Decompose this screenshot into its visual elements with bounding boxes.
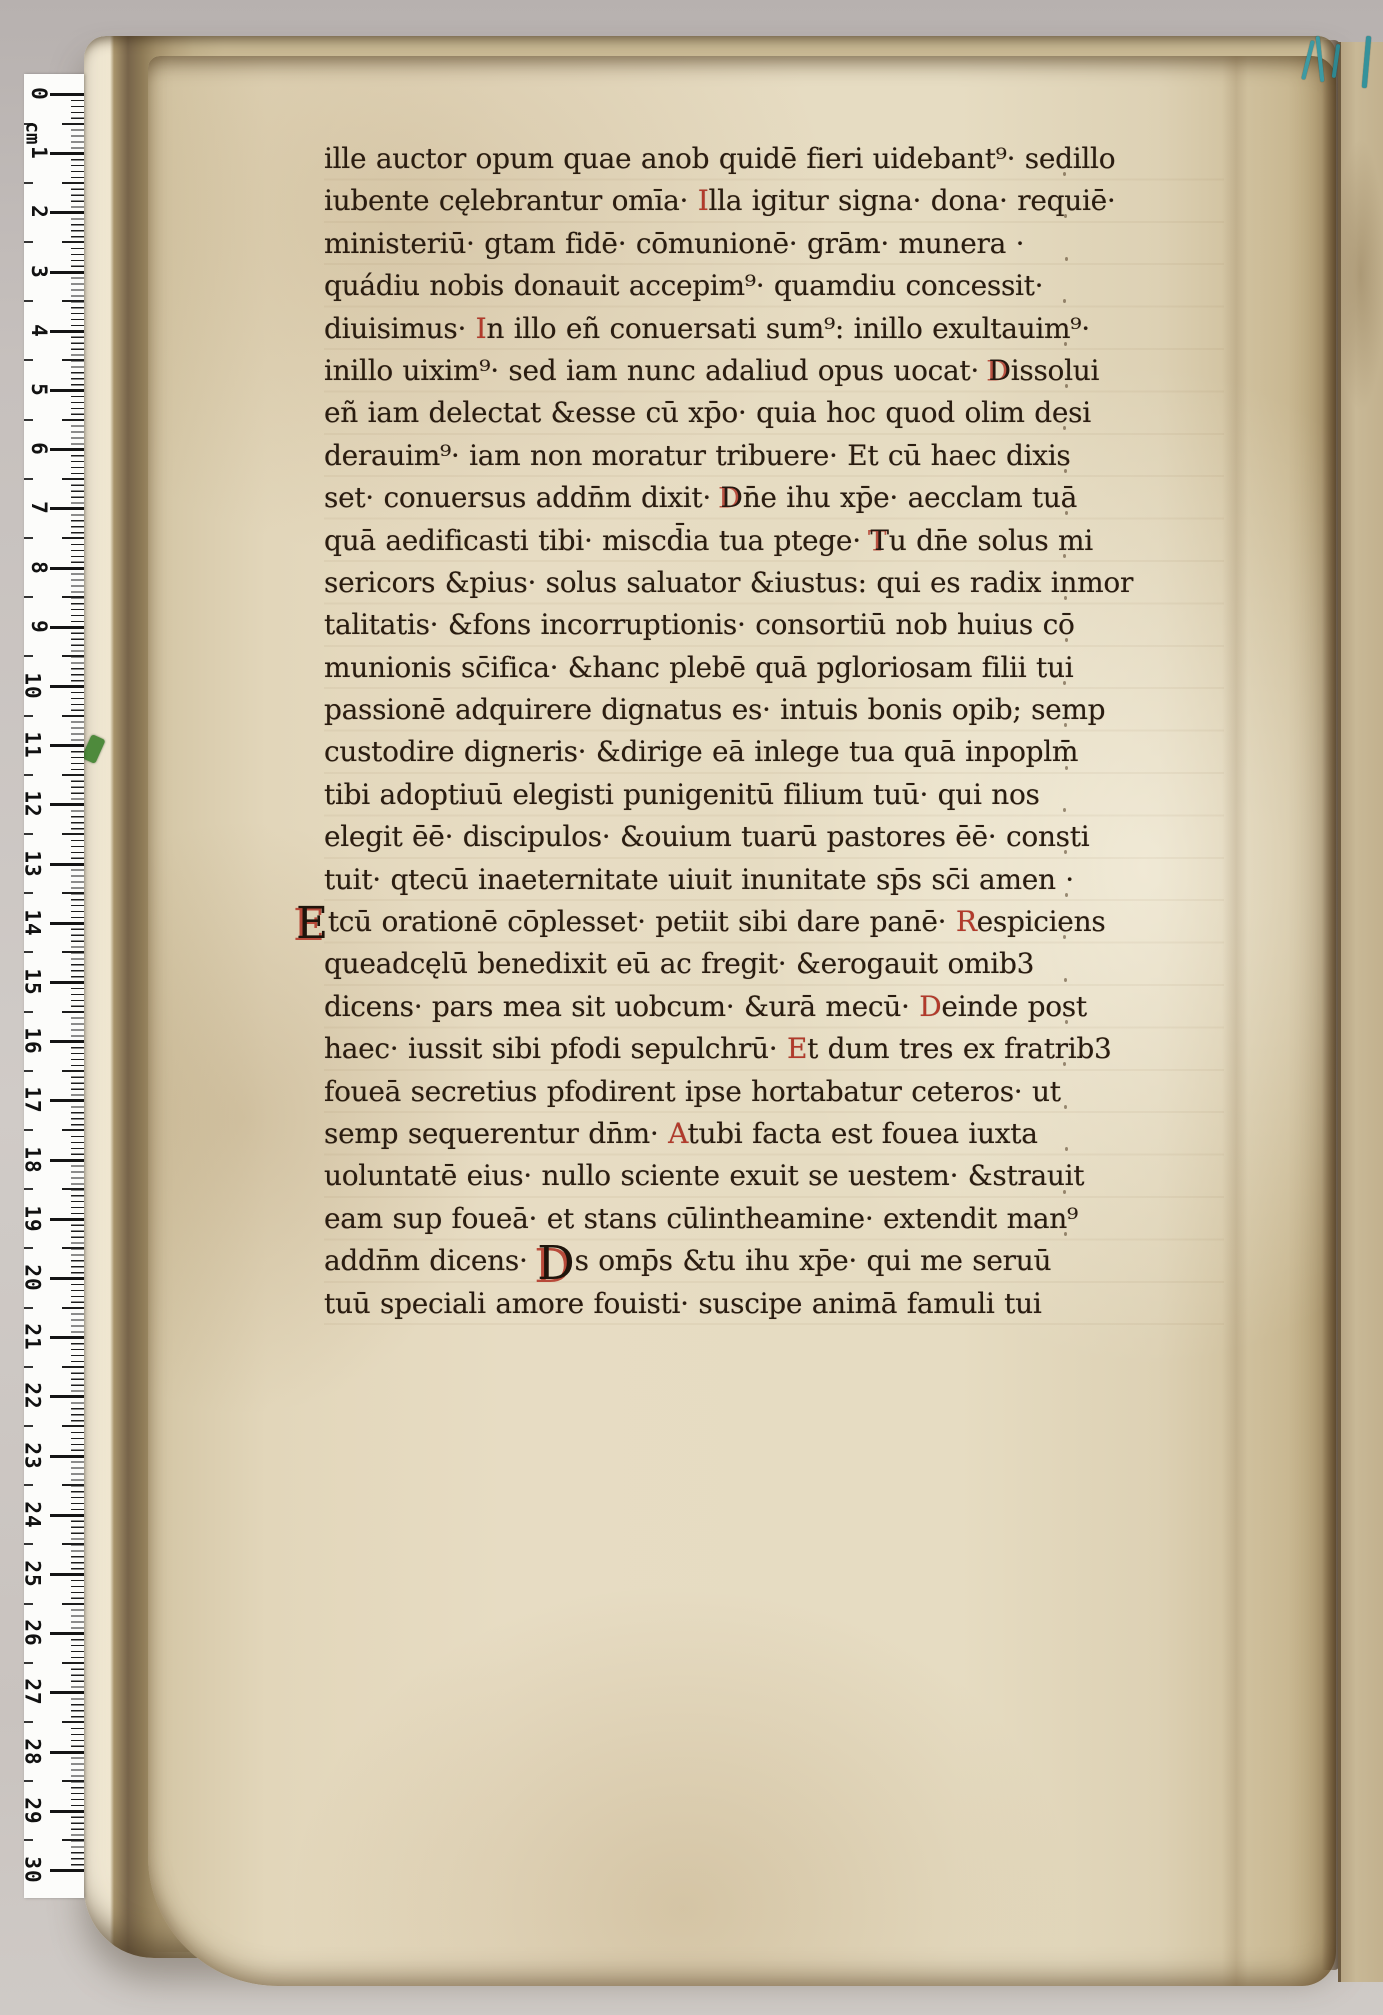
ruler-cm-tick [50,803,84,806]
ruler-number: 8 [27,561,51,575]
ruler-cm-tick [50,744,84,747]
ruler-cm-tick [50,1277,84,1280]
ruler-half-tick [62,596,84,598]
ruler-number: 24 [20,1501,44,1528]
ruler-number: 4 [27,324,51,338]
prick-mark [1065,766,1068,770]
ruler-half-tick [62,1484,84,1486]
ruler-cm-tick [50,152,84,155]
rubricated-initial: E [787,1032,807,1065]
text-segment: tuit· qtecū inaeternitate uiuit inunitat… [324,863,1074,896]
ruler-number: 28 [20,1738,44,1765]
ruler-cm-tick [50,1099,84,1102]
manuscript-text-line: iubente cęlebrantur omīa· Illa igitur si… [324,180,1224,222]
prick-mark [1065,893,1068,897]
manuscript-text-line: addn̄m dicens· Ds omp̄s &tu ihu xp̄e· qu… [324,1240,1224,1282]
ruler-edge-dash [24,892,33,894]
manuscript-text-line: quádiu nobis donauit accepim⁹· quamdiu c… [324,265,1224,307]
text-segment: eam sup foueā· et stans cūlintheamine· e… [324,1202,1078,1235]
ruler-edge-dash [24,951,33,953]
ruler-cm-tick [50,448,84,451]
ruler-edge-dash [24,478,33,480]
ruler-half-tick [62,1307,84,1309]
ruler-edge-dash [24,359,33,361]
rubricated-initial: D [919,990,941,1023]
ruler-cm-tick [50,1869,84,1872]
ruler-half-tick [62,1603,84,1605]
ruler-number: 5 [27,383,51,397]
rubricated-initial: T [870,524,888,557]
rubricated-initial: R [956,905,977,938]
ruler-cm-tick [50,685,84,688]
text-segment: tcū orationē cōplesset· petiit sibi dare… [328,905,956,938]
manuscript-text-line: munionis sc̄ifica· &hanc plebē quā pglor… [324,647,1224,689]
ruler-cm-tick [50,1336,84,1339]
ruler-edge-dash [24,419,33,421]
manuscript-text-line: uoluntatē eius· nullo sciente exuit se u… [324,1155,1224,1197]
ruler-half-tick [62,478,84,480]
ruler-number: 26 [20,1620,44,1647]
text-segment: passionē adquirere dignatus es· intuis b… [324,693,1105,726]
ruler-half-tick [62,892,84,894]
prick-mark [1064,596,1067,600]
text-segment: foueā secretius pfodirent ipse hortabatu… [324,1075,1061,1108]
manuscript-text-line: eam sup foueā· et stans cūlintheamine· e… [324,1198,1224,1240]
ruler-half-tick [62,833,84,835]
text-segment: uoluntatē eius· nullo sciente exuit se u… [324,1159,1084,1192]
text-segment: quádiu nobis donauit accepim⁹· quamdiu c… [324,269,1043,302]
manuscript-text-line: eñ iam delectat &esse cū xp̄o· quia hoc … [324,392,1224,434]
ruler-cm-tick [50,507,84,510]
rubricated-initial: I [698,184,709,217]
ruler-half-tick [62,1366,84,1368]
rubricated-initial: E [296,902,328,946]
ruler-half-tick [62,1011,84,1013]
ruler-edge-dash [24,715,33,717]
ruler-half-tick [62,1188,84,1190]
ruler-half-tick [62,774,84,776]
text-segment: haec· iussit sibi pfodi sepulchrū· [324,1032,787,1065]
prick-mark [1064,469,1067,473]
ruler-cm-tick [50,93,84,96]
ruler-number: 3 [27,265,51,279]
ruler-number: 7 [27,502,51,516]
ruler-half-tick [62,715,84,717]
prick-mark [1064,1105,1067,1109]
manuscript-text-line: diuisimus· In illo eñ conuersati sum⁹: i… [324,308,1224,350]
text-segment: semp sequerentur dn̄m· [324,1117,668,1150]
prick-mark [1064,342,1067,346]
ruler-number: 16 [20,1028,44,1055]
ruler-cm-tick [50,1751,84,1754]
ruler-number: 25 [20,1560,44,1587]
manuscript-text-line: talitatis· &fons incorruptionis· consort… [324,604,1224,646]
text-segment: eñ iam delectat &esse cū xp̄o· quia hoc … [324,396,1091,429]
manuscript-text-line: set· conuersus addn̄m dixit· Dn̄e ihu xp… [324,477,1224,519]
rubricated-initial: D [989,354,1011,387]
prick-mark [1065,257,1068,261]
ruler-edge-dash [24,833,33,835]
ruler-cm-tick [50,1218,84,1221]
ruler-edge-dash [24,1780,33,1782]
manuscript-text-line: passionē adquirere dignatus es· intuis b… [324,689,1224,731]
ruler-cm-tick [50,863,84,866]
text-segment: inillo uixim⁹· sed iam nunc adaliud opus… [324,354,989,387]
ruler-edge-dash [24,1129,33,1131]
ruler-number: 11 [20,732,44,759]
ruler-cm-tick [50,271,84,274]
ruler-number: 12 [20,791,44,818]
measurement-ruler: 0123456789101112131415161718192021222324… [24,74,84,1898]
text-segment: talitatis· &fons incorruptionis· consort… [324,608,1075,641]
ruler-number: 27 [20,1679,44,1706]
ruler-number: 10 [20,672,44,699]
ruler-number: 13 [20,850,44,877]
manuscript-text-line: haec· iussit sibi pfodi sepulchrū· Et du… [324,1028,1224,1070]
text-segment: sericors &pius· solus saluator &iustus: … [324,566,1133,599]
ruler-half-tick [62,1721,84,1723]
text-segment: n̄e ihu xp̄e· aecclam tuā [743,481,1077,514]
ruler-cm-tick [50,1691,84,1694]
ruler-cm-tick [50,981,84,984]
manuscript-text-line: tuū speciali amore fouisti· suscipe anim… [324,1283,1224,1325]
text-segment: s omp̄s &tu ihu xp̄e· qui me seruū [575,1244,1052,1277]
ruler-cm-tick [50,1810,84,1813]
rubricated-initial: I [476,312,487,345]
rubricated-initial: A [668,1117,687,1150]
ruler-edge-dash [24,1307,33,1309]
text-segment: dicens· pars mea sit uobcum· &urā mecū· [324,990,919,1023]
ruler-cm-tick [50,1632,84,1635]
ruler-number: 6 [27,442,51,456]
rubricated-initial: D [721,481,743,514]
ruler-half-tick [62,655,84,657]
prick-mark [1064,1232,1067,1236]
ruler-cm-tick [50,1395,84,1398]
text-segment: tibi adoptiuū elegisti punigenitū filium… [324,778,1040,811]
ruler-half-tick [62,1543,84,1545]
ruler-cm-tick [50,1455,84,1458]
ruler-cm-tick [50,1514,84,1517]
text-segment: iubente cęlebrantur omīa· [324,184,698,217]
ruler-edge-dash [24,1366,33,1368]
manuscript-text-line: tuit· qtecū inaeternitate uiuit inunitat… [324,859,1224,901]
prick-mark [1063,681,1066,685]
manuscript-text-line: Etcū orationē cōplesset· petiit sibi dar… [324,901,1224,943]
ruler-half-tick [62,182,84,184]
manuscript-text-line: queadcęlū benedixit eū ac fregit· &eroga… [324,943,1224,985]
manuscript-text-line: semp sequerentur dn̄m· Atubi facta est f… [324,1113,1224,1155]
prick-mark [1063,172,1066,176]
text-segment: custodire digneris· &dirige eā inlege tu… [324,735,1078,768]
ruler-edge-dash [24,1603,33,1605]
ruler-number: 21 [20,1324,44,1351]
ruler-number: 14 [20,909,44,936]
text-segment: elegit ēē· discipulos· &ouium tuarū past… [324,820,1089,853]
manuscript-text-line: sericors &pius· solus saluator &iustus: … [324,562,1224,604]
ruler-cm-tick [50,389,84,392]
text-segment: munionis sc̄ifica· &hanc plebē quā pglor… [324,651,1073,684]
ruler-half-tick [62,1662,84,1664]
ruler-edge-dash [24,1070,33,1072]
ruler-cm-tick [50,567,84,570]
ruler-number: 17 [20,1087,44,1114]
manuscript-text-line: ille auctor opum quae anob quidē fieri u… [324,138,1224,180]
text-segment: einde post [941,990,1086,1023]
text-segment: t dum tres ex fratrib3 [807,1032,1111,1065]
manuscript-text-line: dicens· pars mea sit uobcum· &urā mecū· … [324,986,1224,1028]
ruler-number: 29 [20,1797,44,1824]
text-segment: u dn̄e solus mi [889,524,1093,557]
manuscript-text-line: foueā secretius pfodirent ipse hortabatu… [324,1071,1224,1113]
ruler-half-tick [62,1425,84,1427]
text-segment: lla igitur signa· dona· requiē· [708,184,1115,217]
ruler-half-tick [62,1129,84,1131]
prick-mark [1065,384,1068,388]
ruler-number: 9 [27,620,51,634]
manuscript-photo: ille auctor opum quae anob quidē fieri u… [0,0,1383,2015]
ruler-cm-tick [50,922,84,925]
ruler-number: 20 [20,1264,44,1291]
ruler-edge-dash [24,1721,33,1723]
text-segment: quā aedificasti tibi· miscd̄ia tua ptege… [324,524,870,557]
ruler-number: 22 [20,1383,44,1410]
ruler-edge-dash [24,537,33,539]
ruler-edge-dash [24,1188,33,1190]
ruler-cm-tick [50,1040,84,1043]
ruler-half-tick [62,1070,84,1072]
prick-mark [1063,808,1066,812]
manuscript-text-line: ministeriū· gtam fidē· cōmunionē· grām· … [324,223,1224,265]
page-crease [1222,56,1248,1986]
prick-mark [1063,1190,1066,1194]
ruler-number: 2 [27,206,51,220]
manuscript-text-line: quā aedificasti tibi· miscd̄ia tua ptege… [324,520,1224,562]
ruler-number: 19 [20,1205,44,1232]
manuscript-text-line: derauim⁹· iam non moratur tribuere· Et c… [324,435,1224,477]
text-segment: ministeriū· gtam fidē· cōmunionē· grām· … [324,227,1024,260]
facing-page-edge [1338,42,1383,1982]
ruler-cm-tick [50,330,84,333]
ruler-number: 15 [20,968,44,995]
ruler-edge-dash [24,596,33,598]
ruler-edge-dash [24,1247,33,1249]
text-segment: queadcęlū benedixit eū ac fregit· &eroga… [324,947,1034,980]
ruler-edge-dash [24,1484,33,1486]
ruler-edge-dash [24,1425,33,1427]
ruler-cm-tick [50,626,84,629]
ruler-edge-dash [24,182,33,184]
ruler-half-tick [62,241,84,243]
text-segment: derauim⁹· iam non moratur tribuere· Et c… [324,439,1070,472]
text-segment: diuisimus· [324,312,476,345]
text-segment: espiciens [977,905,1106,938]
text-segment: n illo eñ conuersati sum⁹: inillo exulta… [486,312,1089,345]
ruler-half-tick [62,419,84,421]
ruler-number: 23 [20,1442,44,1469]
ruler-half-tick [62,1839,84,1841]
ruler-edge-dash [24,655,33,657]
ruler-half-tick [62,123,84,125]
ruler-number: 30 [20,1856,44,1883]
ruler-cm-tick [50,1159,84,1162]
prick-mark [1064,978,1067,982]
ruler-edge-dash [24,1543,33,1545]
ruler-unit-label: cm [22,121,44,144]
text-segment: set· conuersus addn̄m dixit· [324,481,721,514]
manuscript-text-line: elegit ēē· discipulos· &ouium tuarū past… [324,816,1224,858]
ruler-half-tick [62,1247,84,1249]
ruler-half-tick [62,1780,84,1782]
ruler-edge-dash [24,241,33,243]
manuscript-text-line: tibi adoptiuū elegisti punigenitū filium… [324,774,1224,816]
manuscript-text-block: ille auctor opum quae anob quidē fieri u… [324,138,1224,1325]
text-segment: addn̄m dicens· [324,1244,537,1277]
ruler-edge-dash [24,1011,33,1013]
ruler-edge-dash [24,774,33,776]
prick-mark [1065,1020,1068,1024]
manuscript-page: ille auctor opum quae anob quidē fieri u… [148,56,1336,1986]
ruler-edge-dash [24,300,33,302]
ruler-number: 0 [27,87,51,101]
ruler-number: 1 [27,146,51,160]
text-segment: tubi facta est fouea iuxta [688,1117,1038,1150]
ruler-half-tick [62,359,84,361]
prick-mark [1063,554,1066,558]
manuscript-text-line: custodire digneris· &dirige eā inlege tu… [324,731,1224,773]
rubricated-initial: D [537,1240,574,1287]
ruler-half-tick [62,951,84,953]
text-segment: issolui [1011,354,1099,387]
ruler-half-tick [62,300,84,302]
ruler-cm-tick [50,1573,84,1576]
ruler-number: 18 [20,1146,44,1173]
text-segment: ille auctor opum quae anob quidē fieri u… [324,142,1115,175]
manuscript-text-line: inillo uixim⁹· sed iam nunc adaliud opus… [324,350,1224,392]
ruler-cm-tick [50,211,84,214]
ruler-edge-dash [24,1662,33,1664]
text-segment: tuū speciali amore fouisti· suscipe anim… [324,1287,1042,1320]
ruler-edge-dash [24,1839,33,1841]
ruler-half-tick [62,537,84,539]
